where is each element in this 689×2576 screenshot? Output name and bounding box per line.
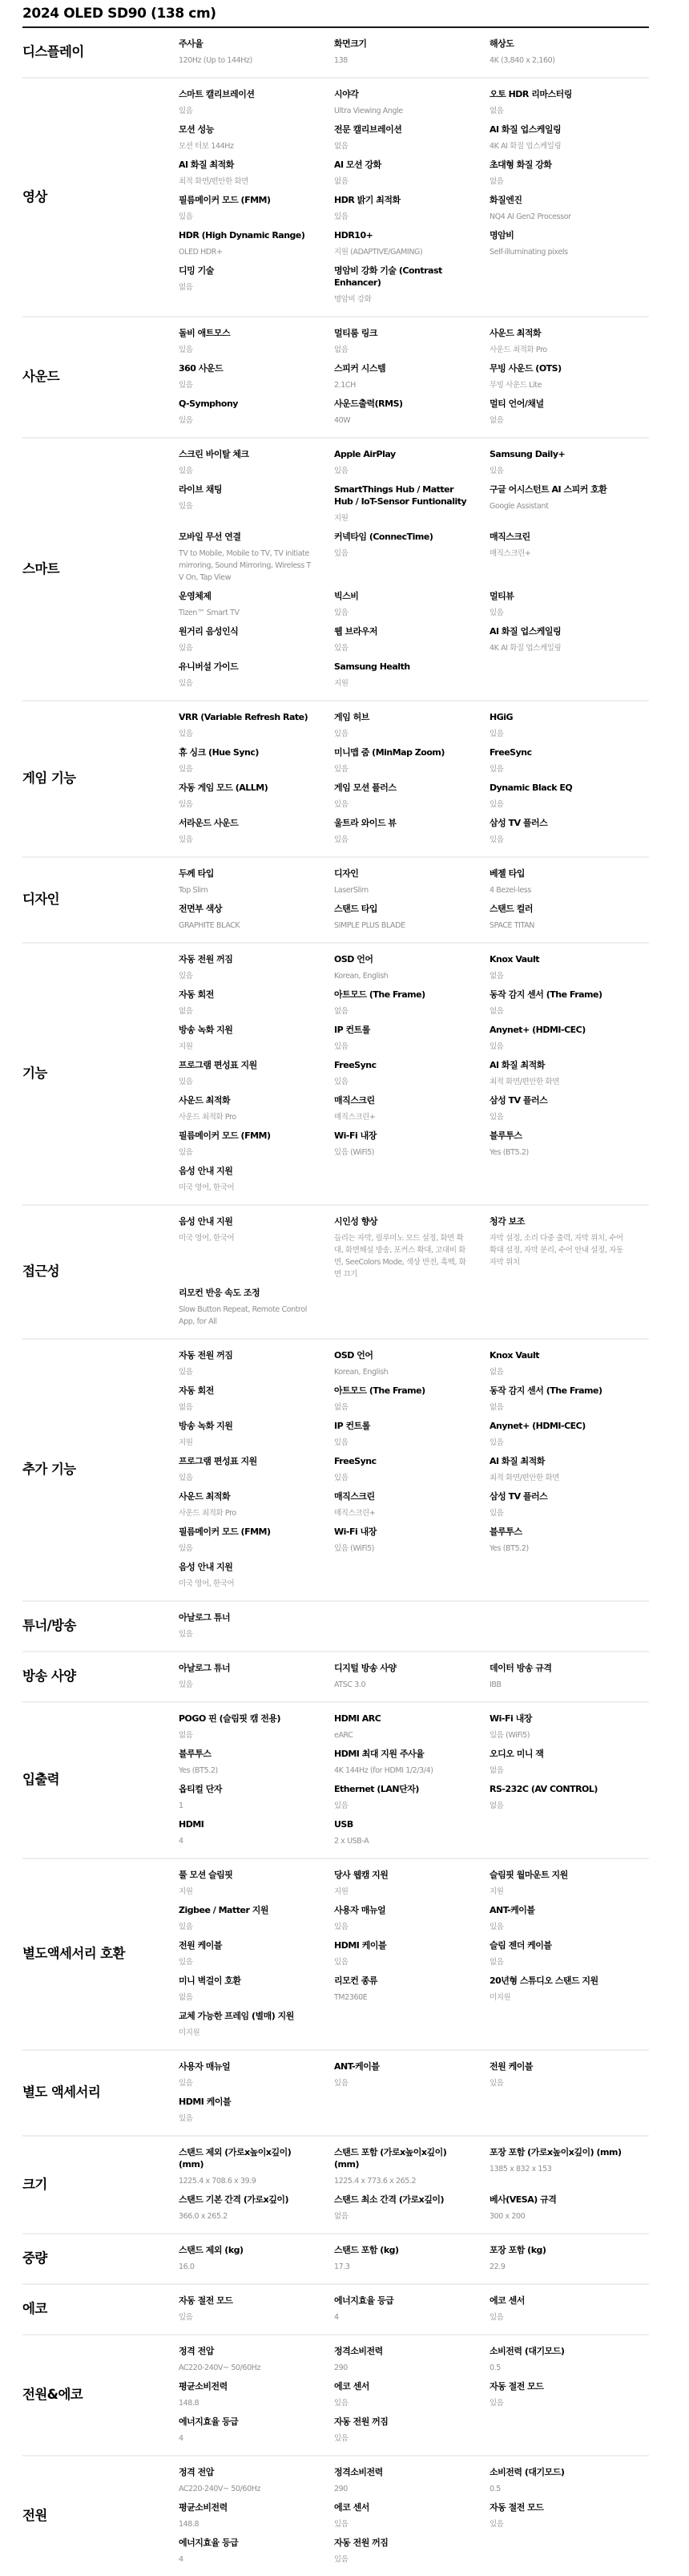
spec-grid: 아날로그 튜너 있음 디지털 방송 사양 ATSC 3.0 데이터 방송 규격 … xyxy=(179,1659,649,1694)
section-heading: 별도액세서리 호환 xyxy=(22,1945,179,1963)
spec-value: 있음 xyxy=(490,1919,624,1936)
spec-label: 프로그램 편성표 지원 xyxy=(179,1452,313,1470)
spec-grid: 자동 절전 모드 있음 에너지효율 등급 4 에코 센서 있음 xyxy=(179,2291,649,2327)
spec-item: 사운드 최적화 사운드 최적화 Pro xyxy=(179,1487,334,1523)
spec-grid: 풀 모션 슬림핏 지원 당사 웹캠 지원 지원 슬림핏 월마운트 지원 지원 Z… xyxy=(179,1866,649,2042)
spec-item: 매직스크린 매직스크린+ xyxy=(334,1487,490,1523)
spec-label: 자동 절전 모드 xyxy=(490,2377,624,2395)
spec-grid: 스마트 캘리브레이션 있음 시야각 Ultra Viewing Angle 오토… xyxy=(179,85,649,309)
spec-label: 사운드 최적화 xyxy=(490,324,624,342)
spec-label: 동작 감지 센서 (The Frame) xyxy=(490,985,624,1003)
spec-value: 매직스크린+ xyxy=(490,545,624,563)
spec-label: 매직스크린 xyxy=(490,528,624,545)
spec-section-15: 중량 스탠드 제외 (kg) 16.0 스탠드 포함 (kg) 17.3 포장 … xyxy=(22,2234,649,2285)
spec-item: 주사율 120Hz (Up to 144Hz) xyxy=(179,34,334,70)
spec-section-18: 전원 정격 전압 AC220-240V~ 50/60Hz 정격소비전력 290 … xyxy=(22,2457,649,2576)
spec-value: 있음 xyxy=(179,2110,313,2128)
spec-label: 화질엔진 xyxy=(490,191,624,208)
spec-value: Top Slim xyxy=(179,882,313,900)
spec-item: 커넥타임 (ConnecTime) 있음 xyxy=(334,528,490,587)
spec-item: 명암비 강화 기술 (Contrast Enhancer) 명암비 강화 xyxy=(334,261,490,309)
spec-value: 있음 xyxy=(334,1919,469,1936)
spec-item: 전면부 색상 GRAPHITE BLACK xyxy=(179,900,334,935)
spec-value: 있음 xyxy=(179,342,313,359)
spec-item: 슬림핏 월마운트 지원 지원 xyxy=(490,1866,645,1901)
section-heading: 전원 xyxy=(22,2507,179,2525)
spec-value: 있음 xyxy=(179,103,313,120)
spec-value: 최적 화면/편안한 화면 xyxy=(490,1470,624,1487)
spec-label: Anynet+ (HDMI-CEC) xyxy=(490,1021,624,1038)
spec-label: 미니맵 줌 (MinMap Zoom) xyxy=(334,743,469,761)
spec-value: 사운드 최적화 Pro xyxy=(179,1505,313,1523)
spec-item: 평균소비전력 148.8 xyxy=(179,2498,334,2534)
spec-label: 에코 센서 xyxy=(490,2291,624,2309)
spec-label: 자동 회전 xyxy=(179,985,313,1003)
spec-value: Google Assistant xyxy=(490,498,624,516)
spec-label: Samsung Health xyxy=(334,657,469,675)
spec-item: Apple AirPlay 있음 xyxy=(334,445,490,480)
spec-value: 290 xyxy=(334,2481,469,2498)
spec-label: 자동 절전 모드 xyxy=(179,2291,313,2309)
spec-item: 오디오 미니 잭 없음 xyxy=(490,1745,645,1780)
spec-item: 당사 웹캠 지원 지원 xyxy=(334,1866,490,1901)
spec-value: 4K (3,840 x 2,160) xyxy=(490,52,624,70)
spec-label: 주사율 xyxy=(179,34,313,52)
spec-value: 있음 xyxy=(334,1954,469,1971)
spec-value: 148.8 xyxy=(179,2516,313,2534)
spec-item: 동작 감지 센서 (The Frame) 없음 xyxy=(490,985,645,1021)
spec-label: OSD 언어 xyxy=(334,950,469,968)
spec-item: Samsung Health 지원 xyxy=(334,657,490,693)
spec-label: 포장 포함 (kg) xyxy=(490,2241,624,2259)
spec-label: 방송 녹화 지원 xyxy=(179,1417,313,1434)
spec-item: 명암비 Self-illuminating pixels xyxy=(490,226,645,261)
spec-label: Wi-Fi 내장 xyxy=(334,1523,469,1540)
spec-value: SPACE TITAN xyxy=(490,917,624,935)
spec-value: 0.5 xyxy=(490,2360,624,2377)
spec-label: 교체 가능한 프레임 (별매) 지원 xyxy=(179,2007,313,2024)
spec-label: 스탠드 컬러 xyxy=(490,900,624,917)
spec-item: POGO 핀 (슬림핏 캠 전용) 없음 xyxy=(179,1709,334,1745)
spec-value: 0.5 xyxy=(490,2481,624,2498)
spec-value: 없음 xyxy=(334,1003,469,1021)
spec-value: 있음 (WiFi5) xyxy=(490,1727,624,1745)
spec-item: 자동 절전 모드 있음 xyxy=(490,2498,645,2534)
spec-label: 정격 전압 xyxy=(179,2342,313,2360)
spec-item: 스탠드 최소 간격 (가로x깊이) 없음 xyxy=(334,2190,490,2226)
spec-label: 자동 전원 꺼짐 xyxy=(334,2412,469,2430)
spec-value: 있음 xyxy=(334,2430,469,2448)
spec-item: 자동 절전 모드 있음 xyxy=(490,2377,645,2412)
spec-grid: POGO 핀 (슬림핏 캠 전용) 없음 HDMI ARC eARC Wi-Fi… xyxy=(179,1709,649,1850)
section-heading: 에코 xyxy=(22,2300,179,2318)
spec-label: 전원 케이블 xyxy=(179,1936,313,1954)
spec-label: 프로그램 편성표 지원 xyxy=(179,1056,313,1074)
spec-item: ANT-케이블 있음 xyxy=(490,1901,645,1936)
spec-label: 풀 모션 슬림핏 xyxy=(179,1866,313,1883)
spec-item: 게임 허브 있음 xyxy=(334,708,490,743)
spec-item: HDR 밝기 최적화 있음 xyxy=(334,191,490,226)
spec-item: USB 2 x USB-A xyxy=(334,1815,490,1850)
spec-item: 스탠드 타입 SIMPLE PLUS BLADE xyxy=(334,900,490,935)
spec-label: 사운드 최적화 xyxy=(179,1091,313,1109)
spec-label: AI 화질 최적화 xyxy=(490,1056,624,1074)
spec-value: 120Hz (Up to 144Hz) xyxy=(179,52,313,70)
spec-section-6: 기능 자동 전원 꺼짐 있음 OSD 언어 Korean, English Kn… xyxy=(22,944,649,1206)
spec-item: 정격소비전력 290 xyxy=(334,2342,490,2377)
spec-value: 있음 xyxy=(334,1798,469,1815)
spec-item: 정격 전압 AC220-240V~ 50/60Hz xyxy=(179,2342,334,2377)
spec-value: 있음 xyxy=(490,2395,624,2412)
section-heading: 방송 사양 xyxy=(22,1668,179,1685)
spec-label: 스탠드 제외 (kg) xyxy=(179,2241,313,2259)
spec-grid: 자동 전원 꺼짐 있음 OSD 언어 Korean, English Knox … xyxy=(179,1346,649,1593)
spec-item: AI 화질 최적화 최적 화면/편안한 화면 xyxy=(179,156,334,191)
spec-item: 전원 케이블 있음 xyxy=(490,2057,645,2093)
spec-label: Dynamic Black EQ xyxy=(490,778,624,796)
spec-label: 아트모드 (The Frame) xyxy=(334,1381,469,1399)
spec-label: 디자인 xyxy=(334,864,469,882)
spec-value: 모션 터보 144Hz xyxy=(179,138,313,156)
spec-grid: 정격 전압 AC220-240V~ 50/60Hz 정격소비전력 290 소비전… xyxy=(179,2342,649,2448)
spec-label: Samsung Daily+ xyxy=(490,445,624,463)
spec-item: AI 모션 강화 없음 xyxy=(334,156,490,191)
spec-label: 자동 절전 모드 xyxy=(490,2498,624,2516)
spec-value: 있음 xyxy=(179,377,313,394)
spec-label: RS-232C (AV CONTROL) xyxy=(490,1780,624,1798)
spec-value: 148.8 xyxy=(179,2395,313,2412)
spec-value: 있음 xyxy=(179,1676,313,1694)
spec-label: 데이터 방송 규격 xyxy=(490,1659,624,1676)
section-heading: 별도 액세서리 xyxy=(22,2084,179,2101)
section-heading: 기능 xyxy=(22,1065,179,1082)
spec-label: 음성 안내 지원 xyxy=(179,1162,313,1179)
spec-section-3: 스마트 스크린 바이탈 체크 있음 Apple AirPlay 있음 Samsu… xyxy=(22,439,649,702)
spec-value: 있음 xyxy=(490,2516,624,2534)
spec-grid: 스탠드 제외 (kg) 16.0 스탠드 포함 (kg) 17.3 포장 포함 … xyxy=(179,2241,649,2276)
spec-label: 스탠드 포함 (가로x높이x깊이) (mm) xyxy=(334,2143,469,2173)
spec-item: Zigbee / Matter 지원 있음 xyxy=(179,1901,334,1936)
spec-label: AI 화질 최적화 xyxy=(179,156,313,173)
spec-section-12: 별도액세서리 호환 풀 모션 슬림핏 지원 당사 웹캠 지원 지원 슬림핏 월마… xyxy=(22,1859,649,2051)
spec-label: 소비전력 (대기모드) xyxy=(490,2463,624,2481)
spec-label: 사운드 최적화 xyxy=(179,1487,313,1505)
spec-value: 없음 xyxy=(490,412,624,430)
spec-value: 22.9 xyxy=(490,2259,624,2276)
spec-value: 없음 xyxy=(490,1364,624,1381)
spec-value: 있음 xyxy=(334,208,469,226)
spec-label: 미니 벽걸이 호환 xyxy=(179,1971,313,1989)
spec-label: Apple AirPlay xyxy=(334,445,469,463)
spec-item: 삼성 TV 플러스 있음 xyxy=(490,1091,645,1126)
spec-value: 매직스크린+ xyxy=(334,1109,469,1126)
spec-item: 스탠드 제외 (가로x높이x깊이)(mm) 1225.4 x 708.6 x 3… xyxy=(179,2143,334,2190)
spec-item: 풀 모션 슬림핏 지원 xyxy=(179,1866,334,1901)
spec-label: 자동 전원 꺼짐 xyxy=(179,1346,313,1364)
spec-value: 있음 xyxy=(490,463,624,480)
spec-label: 슬림 젠더 케이블 xyxy=(490,1936,624,1954)
spec-label: AI 모션 강화 xyxy=(334,156,469,173)
spec-value: 4K AI 화질 업스케일링 xyxy=(490,138,624,156)
spec-label: 정격 전압 xyxy=(179,2463,313,2481)
spec-value: 있음 xyxy=(179,412,313,430)
spec-label: 웹 브라우저 xyxy=(334,622,469,640)
spec-value: 있음 xyxy=(179,498,313,516)
spec-value: 1385 x 832 x 153 xyxy=(490,2161,624,2178)
spec-value: 있음 (WiFi5) xyxy=(334,1144,469,1162)
spec-item: 휴 싱크 (Hue Sync) 있음 xyxy=(179,743,334,778)
spec-value: 있음 xyxy=(179,726,313,743)
spec-item: 스탠드 제외 (kg) 16.0 xyxy=(179,2241,334,2276)
spec-item: 무빙 사운드 (OTS) 무빙 사운드 Lite xyxy=(490,359,645,394)
spec-item: 에코 센서 있음 xyxy=(490,2291,645,2327)
spec-value: 지원 xyxy=(490,1883,624,1901)
spec-item: 미니맵 줌 (MinMap Zoom) 있음 xyxy=(334,743,490,778)
spec-item: 게임 모션 플러스 있음 xyxy=(334,778,490,814)
spec-value: 있음 xyxy=(179,796,313,814)
spec-item: 평균소비전력 148.8 xyxy=(179,2377,334,2412)
spec-item: 스탠드 포함 (kg) 17.3 xyxy=(334,2241,490,2276)
spec-label: 자동 게임 모드 (ALLM) xyxy=(179,778,313,796)
spec-item: 울트라 와이드 뷰 있음 xyxy=(334,814,490,849)
section-heading: 디자인 xyxy=(22,891,179,908)
spec-value: eARC xyxy=(334,1727,469,1745)
spec-item: 자동 전원 꺼짐 있음 xyxy=(179,1346,334,1381)
spec-value: 있음 xyxy=(490,796,624,814)
spec-label: 커넥타임 (ConnecTime) xyxy=(334,528,469,545)
spec-label: 20년형 스튜디오 스탠드 지원 xyxy=(490,1971,624,1989)
spec-value: 지원 xyxy=(179,1883,313,1901)
spec-section-1: 영상 스마트 캘리브레이션 있음 시야각 Ultra Viewing Angle… xyxy=(22,79,649,317)
spec-value: 있음 xyxy=(334,2516,469,2534)
spec-value: 없음 xyxy=(490,968,624,985)
spec-value: 없음 xyxy=(490,173,624,191)
spec-sections: 디스플레이 주사율 120Hz (Up to 144Hz) 화면크기 138 해… xyxy=(22,28,649,2576)
spec-label: 시야각 xyxy=(334,85,469,103)
spec-item: 해상도 4K (3,840 x 2,160) xyxy=(490,34,645,70)
spec-value: ATSC 3.0 xyxy=(334,1676,469,1694)
spec-value: 있음 xyxy=(179,1144,313,1162)
spec-label: OSD 언어 xyxy=(334,1346,469,1364)
spec-item: 디밍 기술 없음 xyxy=(179,261,334,309)
spec-value: 자막 설정, 소리 다중 출력, 자막 위치, 수어 확대 설정, 자막 분리,… xyxy=(490,1230,624,1272)
spec-label: Zigbee / Matter 지원 xyxy=(179,1901,313,1919)
spec-item: Dynamic Black EQ 있음 xyxy=(490,778,645,814)
spec-value: 있음 xyxy=(490,605,624,622)
spec-item: 필름메이커 모드 (FMM) 있음 xyxy=(179,191,334,226)
spec-grid: 두께 타입 Top Slim 디자인 LaserSlim 베젤 타입 4 Bez… xyxy=(179,864,649,935)
spec-value: 있음 xyxy=(179,2075,313,2093)
spec-value: 없음 xyxy=(490,1954,624,1971)
spec-value: 없음 xyxy=(490,1762,624,1780)
spec-label: 음성 안내 지원 xyxy=(179,1212,313,1230)
spec-item: HGiG 있음 xyxy=(490,708,645,743)
spec-value: 있음 xyxy=(490,1505,624,1523)
spec-item: 모바일 무선 연결 TV to Mobile, Mobile to TV, TV… xyxy=(179,528,334,587)
spec-label: 아날로그 튜너 xyxy=(179,1659,313,1676)
spec-value: 없음 xyxy=(179,279,313,297)
spec-value: 있음 xyxy=(334,2551,469,2569)
spec-page: 2024 OLED SD90 (138 cm) 디스플레이 주사율 120Hz … xyxy=(0,0,689,2576)
spec-item: Anynet+ (HDMI-CEC) 있음 xyxy=(490,1417,645,1452)
spec-item: AI 화질 최적화 최적 화면/편안한 화면 xyxy=(490,1452,645,1487)
spec-item: 미니 벽걸이 호환 없음 xyxy=(179,1971,334,2007)
spec-label: 사운드출력(RMS) xyxy=(334,394,469,412)
spec-item: 교체 가능한 프레임 (별매) 지원 미지원 xyxy=(179,2007,334,2042)
spec-label: 명암비 xyxy=(490,226,624,244)
spec-label: 전면부 색상 xyxy=(179,900,313,917)
spec-grid: VRR (Variable Refresh Rate) 있음 게임 허브 있음 … xyxy=(179,708,649,849)
spec-item: 방송 녹화 지원 지원 xyxy=(179,1021,334,1056)
spec-value: 있음 xyxy=(179,1364,313,1381)
spec-value: 있음 xyxy=(179,2309,313,2327)
spec-value: 있음 xyxy=(179,1954,313,1971)
spec-value: 없음 xyxy=(179,1989,313,2007)
spec-label: 라이브 채팅 xyxy=(179,480,313,498)
spec-item: 자동 회전 없음 xyxy=(179,1381,334,1417)
spec-item: 원거리 음성인식 있음 xyxy=(179,622,334,657)
spec-value: 없음 xyxy=(490,1003,624,1021)
spec-value: SIMPLE PLUS BLADE xyxy=(334,917,469,935)
spec-item: 삼성 TV 플러스 있음 xyxy=(490,1487,645,1523)
spec-label: 휴 싱크 (Hue Sync) xyxy=(179,743,313,761)
spec-label: 명암비 강화 기술 (Contrast Enhancer) xyxy=(334,261,469,291)
spec-item: 스탠드 컬러 SPACE TITAN xyxy=(490,900,645,935)
spec-item: RS-232C (AV CONTROL) 없음 xyxy=(490,1780,645,1815)
spec-value: Yes (BT5.2) xyxy=(490,1540,624,1558)
spec-value: 없음 xyxy=(490,103,624,120)
spec-item: Knox Vault 없음 xyxy=(490,1346,645,1381)
spec-value: 최적 화면/편안한 화면 xyxy=(179,173,313,191)
spec-value: 있음 xyxy=(490,1038,624,1056)
spec-value: 있음 xyxy=(334,2075,469,2093)
spec-item: 모션 성능 모션 터보 144Hz xyxy=(179,120,334,156)
spec-item: 자동 전원 꺼짐 있음 xyxy=(334,2534,490,2569)
section-heading: 입출력 xyxy=(22,1771,179,1789)
spec-label: 자동 회전 xyxy=(179,1381,313,1399)
spec-item: FreeSync 있음 xyxy=(490,743,645,778)
spec-item: 음성 안내 지원 미국 영어, 한국어 xyxy=(179,1212,334,1284)
spec-value: 4 xyxy=(179,1833,313,1850)
spec-item: VRR (Variable Refresh Rate) 있음 xyxy=(179,708,334,743)
spec-item: 두께 타입 Top Slim xyxy=(179,864,334,900)
spec-label: 모션 성능 xyxy=(179,120,313,138)
spec-item: 전문 캘리브레이션 없음 xyxy=(334,120,490,156)
spec-item: 초대형 화질 강화 없음 xyxy=(490,156,645,191)
spec-grid: 돌비 애트모스 있음 멀티룸 링크 없음 사운드 최적화 사운드 최적화 Pro… xyxy=(179,324,649,430)
spec-item: 웹 브라우저 있음 xyxy=(334,622,490,657)
spec-label: 슬림핏 월마운트 지원 xyxy=(490,1866,624,1883)
spec-label: AI 화질 업스케일링 xyxy=(490,622,624,640)
spec-item: 자동 절전 모드 있음 xyxy=(179,2291,334,2327)
spec-item: 유니버설 가이드 있음 xyxy=(179,657,334,693)
spec-item: 삼성 TV 플러스 있음 xyxy=(490,814,645,849)
spec-item: Wi-Fi 내장 있음 (WiFi5) xyxy=(334,1126,490,1162)
spec-value: 없음 xyxy=(490,1798,624,1815)
spec-label: Anynet+ (HDMI-CEC) xyxy=(490,1417,624,1434)
spec-value: TM2360E xyxy=(334,1989,469,2007)
spec-grid: 사용자 매뉴얼 있음 ANT-케이블 있음 전원 케이블 있음 HDMI 케이블… xyxy=(179,2057,649,2128)
spec-grid: 스크린 바이탈 체크 있음 Apple AirPlay 있음 Samsung D… xyxy=(179,445,649,693)
spec-value: 있음 xyxy=(179,1919,313,1936)
spec-label: HDR10+ xyxy=(334,226,469,244)
spec-label: IP 컨트롤 xyxy=(334,1417,469,1434)
spec-value: Yes (BT5.2) xyxy=(490,1144,624,1162)
spec-label: 에코 센서 xyxy=(334,2377,469,2395)
spec-label: 스크린 바이탈 체크 xyxy=(179,445,313,463)
spec-item: 시인성 향상 들리는 자막, 릴루미노 모드 설정, 화면 확대, 화면해설 방… xyxy=(334,1212,490,1284)
spec-item: 블루투스 Yes (BT5.2) xyxy=(490,1126,645,1162)
spec-label: AI 화질 업스케일링 xyxy=(490,120,624,138)
spec-value: 있음 xyxy=(334,796,469,814)
spec-value: 있음 xyxy=(334,1470,469,1487)
spec-item: Q-Symphony 있음 xyxy=(179,394,334,430)
spec-label: Wi-Fi 내장 xyxy=(490,1709,624,1727)
spec-label: SmartThings Hub / Matter Hub / IoT-Senso… xyxy=(334,480,469,510)
spec-item: Ethernet (LAN단자) 있음 xyxy=(334,1780,490,1815)
spec-label: 자동 전원 꺼짐 xyxy=(334,2534,469,2551)
spec-label: 해상도 xyxy=(490,34,624,52)
spec-value: 4 xyxy=(334,2309,469,2327)
spec-grid: 주사율 120Hz (Up to 144Hz) 화면크기 138 해상도 4K … xyxy=(179,34,649,70)
spec-label: 베사(VESA) 규격 xyxy=(490,2190,624,2208)
spec-section-16: 에코 자동 절전 모드 있음 에너지효율 등급 4 에코 센서 있음 xyxy=(22,2285,649,2335)
spec-label: ANT-케이블 xyxy=(490,1901,624,1919)
spec-value: 미지원 xyxy=(179,2024,313,2042)
spec-grid: 음성 안내 지원 미국 영어, 한국어 시인성 향상 들리는 자막, 릴루미노 … xyxy=(179,1212,649,1331)
spec-item: AI 화질 업스케일링 4K AI 화질 업스케일링 xyxy=(490,120,645,156)
spec-label: FreeSync xyxy=(334,1056,469,1074)
spec-value: 있음 xyxy=(334,761,469,778)
spec-label: 스탠드 기본 간격 (가로x깊이) xyxy=(179,2190,313,2208)
spec-item: 블루투스 Yes (BT5.2) xyxy=(490,1523,645,1558)
spec-value: 1 xyxy=(179,1798,313,1815)
spec-item: AI 화질 업스케일링 4K AI 화질 업스케일링 xyxy=(490,622,645,657)
spec-item: 데이터 방송 규격 IBB xyxy=(490,1659,645,1694)
spec-value: 있음 xyxy=(334,1434,469,1452)
spec-item: 에너지효율 등급 4 xyxy=(179,2534,334,2569)
spec-label: 자동 전원 꺼짐 xyxy=(179,950,313,968)
spec-value: 있음 xyxy=(334,1038,469,1056)
spec-label: 사용자 매뉴얼 xyxy=(334,1901,469,1919)
spec-value: 4K 144Hz (for HDMI 1/2/3/4) xyxy=(334,1762,469,1780)
spec-item: Wi-Fi 내장 있음 (WiFi5) xyxy=(490,1709,645,1745)
spec-value: 있음 xyxy=(334,1074,469,1091)
spec-label: 유니버설 가이드 xyxy=(179,657,313,675)
spec-value: 300 x 200 xyxy=(490,2208,624,2226)
spec-label: 포장 포함 (가로x높이x깊이) (mm) xyxy=(490,2143,624,2161)
spec-value: 매직스크린+ xyxy=(334,1505,469,1523)
spec-item: 20년형 스튜디오 스탠드 지원 미지원 xyxy=(490,1971,645,2007)
spec-item: HDR (High Dynamic Range) OLED HDR+ xyxy=(179,226,334,261)
spec-label: USB xyxy=(334,1815,469,1833)
spec-label: 오토 HDR 리마스터링 xyxy=(490,85,624,103)
spec-label: 스탠드 제외 (가로x높이x깊이)(mm) xyxy=(179,2143,313,2173)
spec-item: 스피커 시스템 2.1CH xyxy=(334,359,490,394)
spec-label: 옵티컬 단자 xyxy=(179,1780,313,1798)
spec-item: 전원 케이블 있음 xyxy=(179,1936,334,1971)
spec-item: 자동 회전 없음 xyxy=(179,985,334,1021)
spec-value: 미지원 xyxy=(490,1989,624,2007)
spec-value: 최적 화면/편안한 화면 xyxy=(490,1074,624,1091)
spec-label: 정격소비전력 xyxy=(334,2463,469,2481)
section-heading: 접근성 xyxy=(22,1263,179,1280)
spec-value: 있음 xyxy=(490,2075,624,2093)
spec-label: 돌비 애트모스 xyxy=(179,324,313,342)
spec-label: 아날로그 튜너 xyxy=(179,1608,313,1626)
spec-section-10: 방송 사양 아날로그 튜너 있음 디지털 방송 사양 ATSC 3.0 데이터 … xyxy=(22,1652,649,1703)
spec-item: 서라운드 사운드 있음 xyxy=(179,814,334,849)
